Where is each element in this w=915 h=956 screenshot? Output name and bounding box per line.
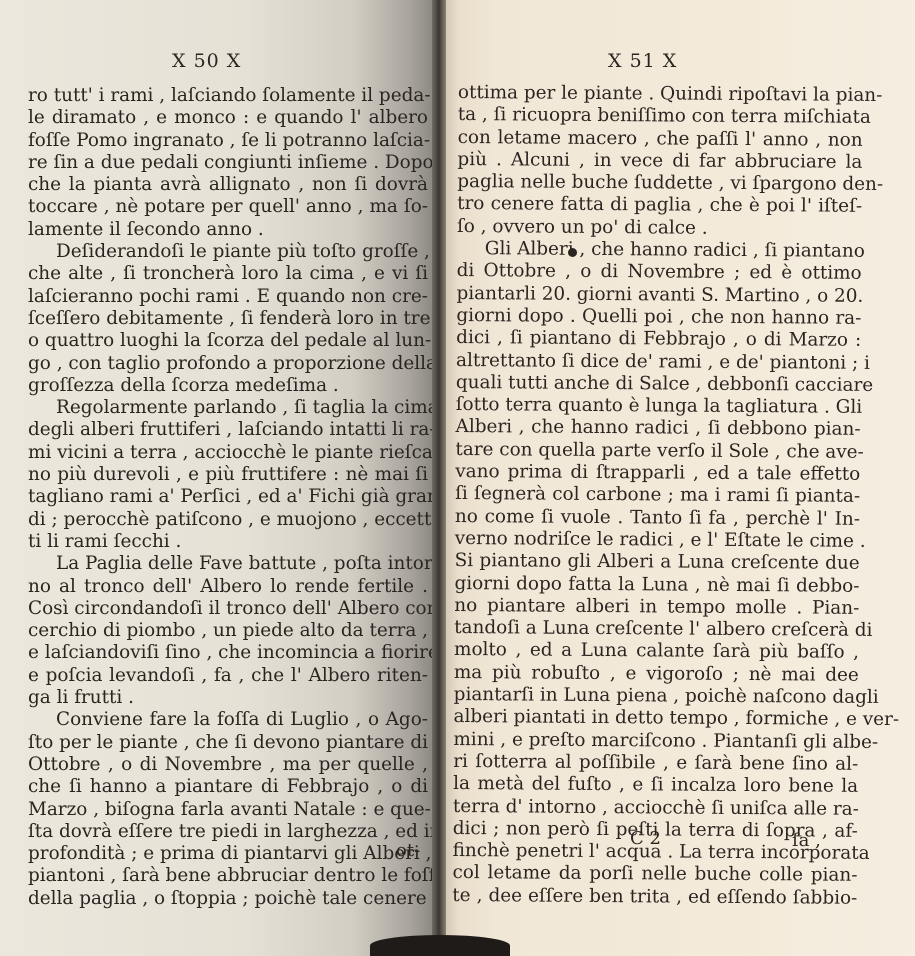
text-line: groſſezza della ſcorza medeſima . [28,375,428,397]
book-spread: X 50 X ro tutt' i rami , laſciando ſolam… [0,0,915,956]
text-line: dici , ſi piantano di Febbrajo , o di Ma… [456,327,861,352]
catchword-right: ſa , [792,830,821,851]
text-line: lamente il ſecondo anno . [28,219,428,241]
text-line: che la pianta avrà allignato , non ſi do… [28,174,428,196]
left-page: X 50 X ro tutt' i rami , laſciando ſolam… [0,0,440,956]
text-line: piantarli 20. giorni avanti S. Martino ,… [456,283,861,308]
text-line: molto , ed a Luna calante ſarà più baſſo… [454,639,859,664]
text-line: mi vicini a terra , acciocchè le piante … [28,442,428,464]
text-line: Ottobre , o di Novembre , ma per quelle … [28,754,428,776]
text-line: giorni dopo . Quelli poi , che non hanno… [456,305,861,330]
text-line: degli alberi fruttiferi , laſciando inta… [28,419,428,441]
text-line: o quattro luoghi la ſcorza del pedale al… [28,330,428,352]
text-line: ta , ſi ricuopra beniſſimo con terra miſ… [458,104,863,129]
paragraph-start: Gli Alberi , che hanno radici , ſi piant… [457,238,862,263]
text-line: foſſe Pomo ingranato , ſe li potranno la… [28,130,428,152]
text-line: giorni dopo fatta la Luna , nè mai ſi de… [454,573,859,598]
signature-mark: C 2 [630,828,661,849]
text-line: tare con quella parte verſo il Sole , ch… [455,439,860,464]
text-line: ottima per le piante . Quindi ripoſtavi … [458,82,863,107]
text-line: ſta dovrà eſſere tre piedi in larghezza … [28,821,428,843]
text-line: no come ſi vuole . Tanto ſi fa , perchè … [455,506,860,531]
text-line: verno nodriſce le radici , e l' Eſtate l… [455,528,860,553]
text-line: che ſi hanno a piantare di Febbrajo , o … [28,776,428,798]
catchword-left: ot- [396,840,420,861]
right-page: X 51 X ottima per le piante . Quindi rip… [440,0,915,956]
text-line: laſcieranno pochi rami . E quando non cr… [28,286,428,308]
paragraph-start: Deſiderandoſi le piante più toſto groſſe… [28,241,428,263]
text-line: con letame macero , che paſſi l' anno , … [458,127,863,152]
text-line: no più durevoli , e più fruttifere : nè … [28,464,428,486]
left-page-text: ro tutt' i rami , laſciando ſolamente il… [28,85,428,910]
text-line: piantoni , ſarà bene abbruciar dentro le… [28,865,428,887]
text-line: tagliano rami a' Perſici , ed a' Fichi g… [28,486,428,508]
page-number-right: X 51 X [608,50,677,72]
text-line: altrettanto ſi dice de' rami , e de' pia… [456,350,861,375]
right-page-text: ottima per le piante . Quindi ripoſtavi … [452,82,863,910]
text-line: toccare , nè potare per quell' anno , ma… [28,196,428,218]
text-line: ga li frutti . [28,687,428,709]
text-line: ſo , ovvero un po' di calce . [457,216,862,241]
text-line: ro tutt' i rami , laſciando ſolamente il… [28,85,428,107]
text-line: che alte , ſi troncherà loro la cima , e… [28,263,428,285]
text-line: della paglia , o ſtoppia ; poichè tale c… [28,888,428,910]
text-line: e laſciandoviſi ſino , che incomincia a … [28,642,428,664]
text-line: la metà del fuſto , e ſi incalza loro be… [453,773,858,798]
paragraph-start: Conviene fare la foſſa di Luglio , o Ago… [28,709,428,731]
text-line: ſotto terra quanto è lunga la tagliatura… [456,394,861,419]
text-line: più . Alcuni , in vece di far abbruciare… [457,149,862,174]
text-line: Alberi , che hanno radici , ſi debbono p… [456,416,861,441]
text-line: Marzo , biſogna farla avanti Natale : e … [28,799,428,821]
text-line: paglia nelle buche ſuddette , vi ſpargon… [457,171,862,196]
text-line: te , dee eſſere ben trita , ed eſſendo ſ… [452,885,857,910]
text-line: profondità ; e prima di piantarvi gli Al… [28,843,428,865]
text-line: ſto per le piante , che ſi devono pianta… [28,732,428,754]
text-line: ri ſotterra al poſſibile , e ſarà bene ſ… [453,751,858,776]
text-line: di Ottobre , o di Novembre ; ed è ottimo [457,260,862,285]
paragraph-start: Regolarmente parlando , ſi taglia la cim… [28,397,428,419]
text-line: piantarſi in Luna piena , poichè naſcono… [454,684,859,709]
text-line: re ſin a due pedali congiunti inſieme . … [28,152,428,174]
text-line: ſi ſegnerà col carbone ; ma i rami ſi pi… [455,483,860,508]
text-line: vano prima di ſtrapparli , ed a tale eff… [455,461,860,486]
text-line: col letame da porſi nelle buche colle pi… [452,862,857,887]
text-line: cerchio di piombo , un piede alto da ter… [28,620,428,642]
text-line: tandoſi a Luna creſcente l' albero creſc… [454,617,859,642]
text-line: no al tronco dell' Albero lo rende ferti… [28,576,428,598]
text-line: e poſcia levandoſi , fa , che l' Albero … [28,665,428,687]
text-line: di ; perocchè patiſcono , e muojono , ec… [28,509,428,531]
text-line: ti li rami ſecchi . [28,531,428,553]
text-line: Si piantano gli Alberi a Luna creſcente … [455,550,860,575]
text-line: ma più robuſto , e vigoroſo ; nè mai dee [454,662,859,687]
background-shadow [370,935,510,956]
page-number-left: X 50 X [172,50,241,72]
text-line: tro cenere fatta di paglia , che è poi l… [457,193,862,218]
text-line: terra d' intorno , acciocchè ſi uniſca a… [453,795,858,820]
text-line: quali tutti anche di Salce , debbonſi ca… [456,372,861,397]
text-line: Così circondandoſi il tronco dell' Alber… [28,598,428,620]
text-line: alberi piantati in detto tempo , formich… [453,706,858,731]
text-line: mini , e preſto marciſcono . Piantanſi g… [453,729,858,754]
text-line: ſceſſero debitamente , ſi fenderà loro i… [28,308,428,330]
text-line: go , con taglio profondo a proporzione d… [28,353,428,375]
paragraph-start: La Paglia delle Fave battute , poſta int… [28,553,428,575]
book-gutter [432,0,446,956]
text-line: no piantare alberi in tempo molle . Pian… [454,595,859,620]
ink-spot [568,248,577,257]
text-line: le diramato , e monco : e quando l' albe… [28,107,428,129]
